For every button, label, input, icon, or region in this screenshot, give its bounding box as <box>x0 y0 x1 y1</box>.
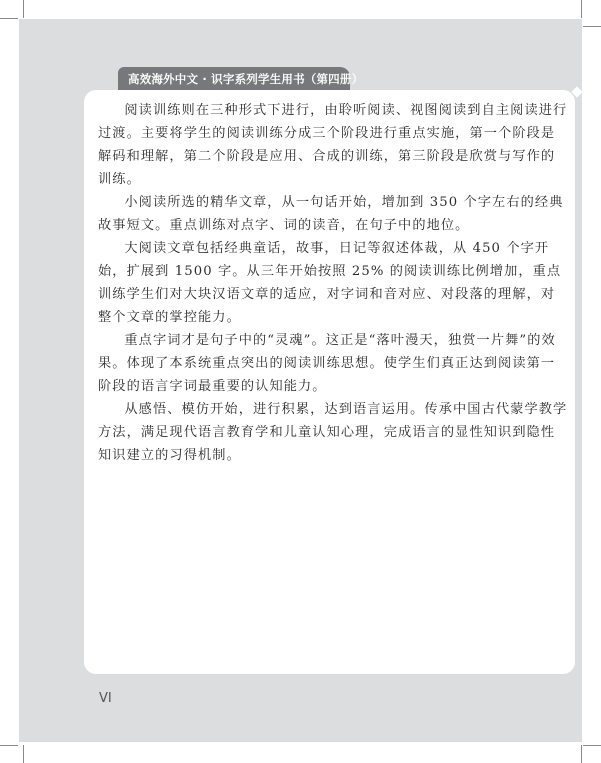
crop-mark-bottom-left-v <box>23 745 24 763</box>
book-title: 高效海外中文 · 识字系列学生用书（第四册） <box>128 72 363 86</box>
paragraph: 重点字词才是句子中的“灵魂”。这正是“落叶漫天，独赏一片舞”的效果。体现了本系统… <box>98 329 568 398</box>
crop-mark-bottom-right-h <box>583 745 601 746</box>
body-text: 阅读训练则在三种形式下进行，由聆听阅读、视图阅读到自主阅读进行过渡。主要将学生的… <box>98 99 568 467</box>
paragraph: 阅读训练则在三种形式下进行，由聆听阅读、视图阅读到自主阅读进行过渡。主要将学生的… <box>98 99 568 191</box>
crop-mark-bottom-right-v <box>581 745 582 763</box>
crop-mark-bottom-left-h <box>0 745 18 746</box>
crop-mark-top-right-v <box>581 0 582 18</box>
book-title-tab: 高效海外中文 · 识字系列学生用书（第四册） <box>118 67 350 91</box>
paragraph: 小阅读所选的精华文章，从一句话开始，增加到 350 个字左右的经典故事短文。重点… <box>98 191 568 237</box>
paragraph: 从感悟、模仿开始，进行积累，达到语言运用。传承中国古代蒙学教学方法，满足现代语言… <box>98 398 568 467</box>
crop-mark-top-left-h <box>0 18 18 19</box>
crop-mark-top-left-v <box>23 0 24 18</box>
page-number: VI <box>99 691 112 706</box>
paragraph: 大阅读文章包括经典童话，故事，日记等叙述体裁，从 450 个字开始，扩展到 15… <box>98 237 568 329</box>
crop-mark-top-right-h <box>583 26 601 27</box>
